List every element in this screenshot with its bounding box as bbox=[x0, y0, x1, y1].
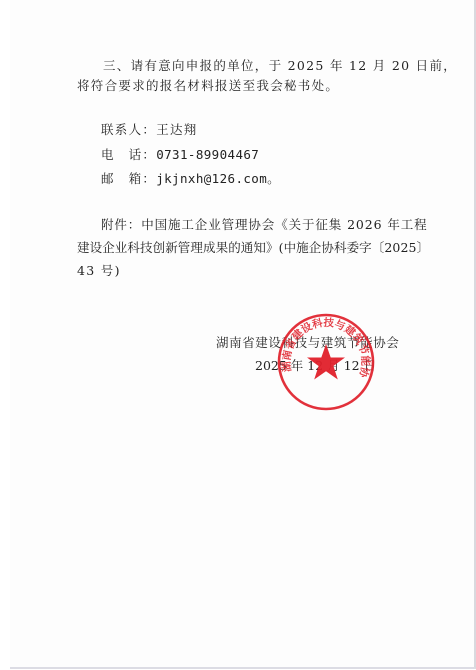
attachment-line-1: 附件：中国施工企业管理协会《关于征集 2026 年工程 bbox=[101, 217, 428, 233]
contact-person-label: 联系人： bbox=[101, 122, 156, 137]
contact-email-value: jkjnxh@126.com。 bbox=[156, 171, 280, 186]
contact-phone: 电 话：0731-89904467 bbox=[101, 147, 259, 163]
paragraph-3-line-2: 将符合要求的报名材料报送至我会秘书处。 bbox=[77, 78, 339, 94]
attachment-line-2: 建设企业科技创新管理成果的通知》(中施企协科委字〔2025〕 bbox=[77, 240, 429, 256]
signature-organization: 湖南省建设科技与建筑节能协会 bbox=[216, 335, 399, 351]
contact-phone-label: 电 话： bbox=[101, 147, 156, 162]
document-page: 三、请有意向申报的单位，于 2025 年 12 月 20 日前， 将符合要求的报… bbox=[10, 0, 476, 669]
document-viewer: 三、请有意向申报的单位，于 2025 年 12 月 20 日前， 将符合要求的报… bbox=[0, 0, 476, 670]
paragraph-3-line-1: 三、请有意向申报的单位，于 2025 年 12 月 20 日前， bbox=[103, 58, 457, 74]
attachment-line-3: 43 号) bbox=[77, 263, 121, 279]
contact-email-label: 邮 箱： bbox=[101, 171, 156, 186]
contact-person: 联系人：王达翔 bbox=[101, 122, 198, 138]
signature-date: 2025 年 12 月 12 日 bbox=[255, 358, 376, 374]
contact-person-value: 王达翔 bbox=[156, 122, 197, 137]
contact-email: 邮 箱：jkjnxh@126.com。 bbox=[101, 171, 280, 187]
contact-phone-value: 0731-89904467 bbox=[156, 147, 259, 162]
